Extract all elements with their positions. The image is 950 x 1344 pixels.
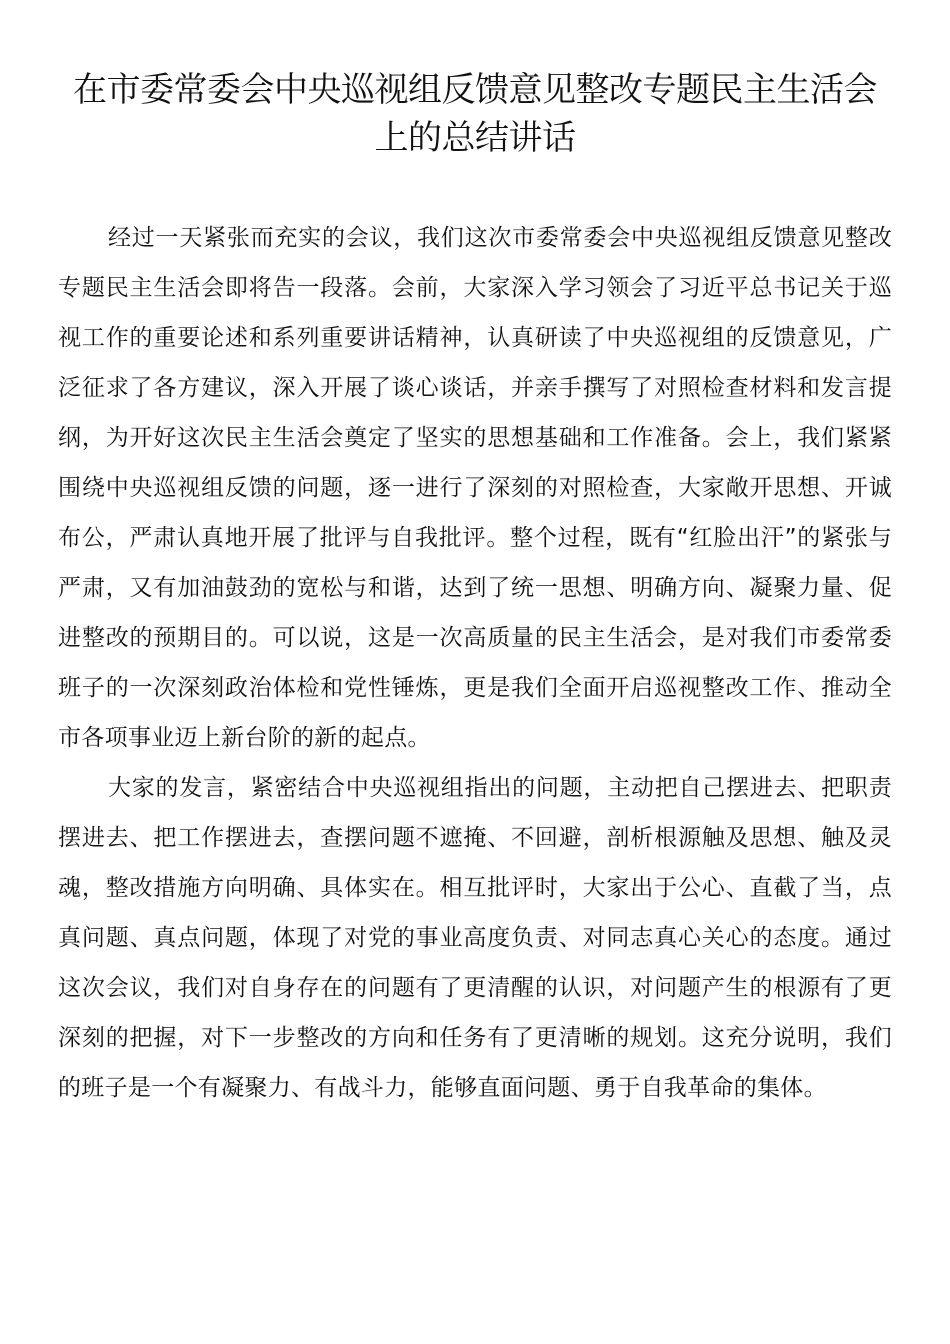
document-body: 经过一天紧张而充实的会议，我们这次市委常委会中央巡视组反馈意见整改专题民主生活会… bbox=[58, 213, 892, 1113]
paragraph-2: 大家的发言，紧密结合中央巡视组指出的问题，主动把自己摆进去、把职责摆进去、把工作… bbox=[58, 763, 892, 1113]
document-page: 在市委常委会中央巡视组反馈意见整改专题民主生活会上的总结讲话 经过一天紧张而充实… bbox=[0, 0, 950, 1344]
paragraph-1: 经过一天紧张而充实的会议，我们这次市委常委会中央巡视组反馈意见整改专题民主生活会… bbox=[58, 213, 892, 763]
document-title: 在市委常委会中央巡视组反馈意见整改专题民主生活会上的总结讲话 bbox=[58, 66, 892, 162]
